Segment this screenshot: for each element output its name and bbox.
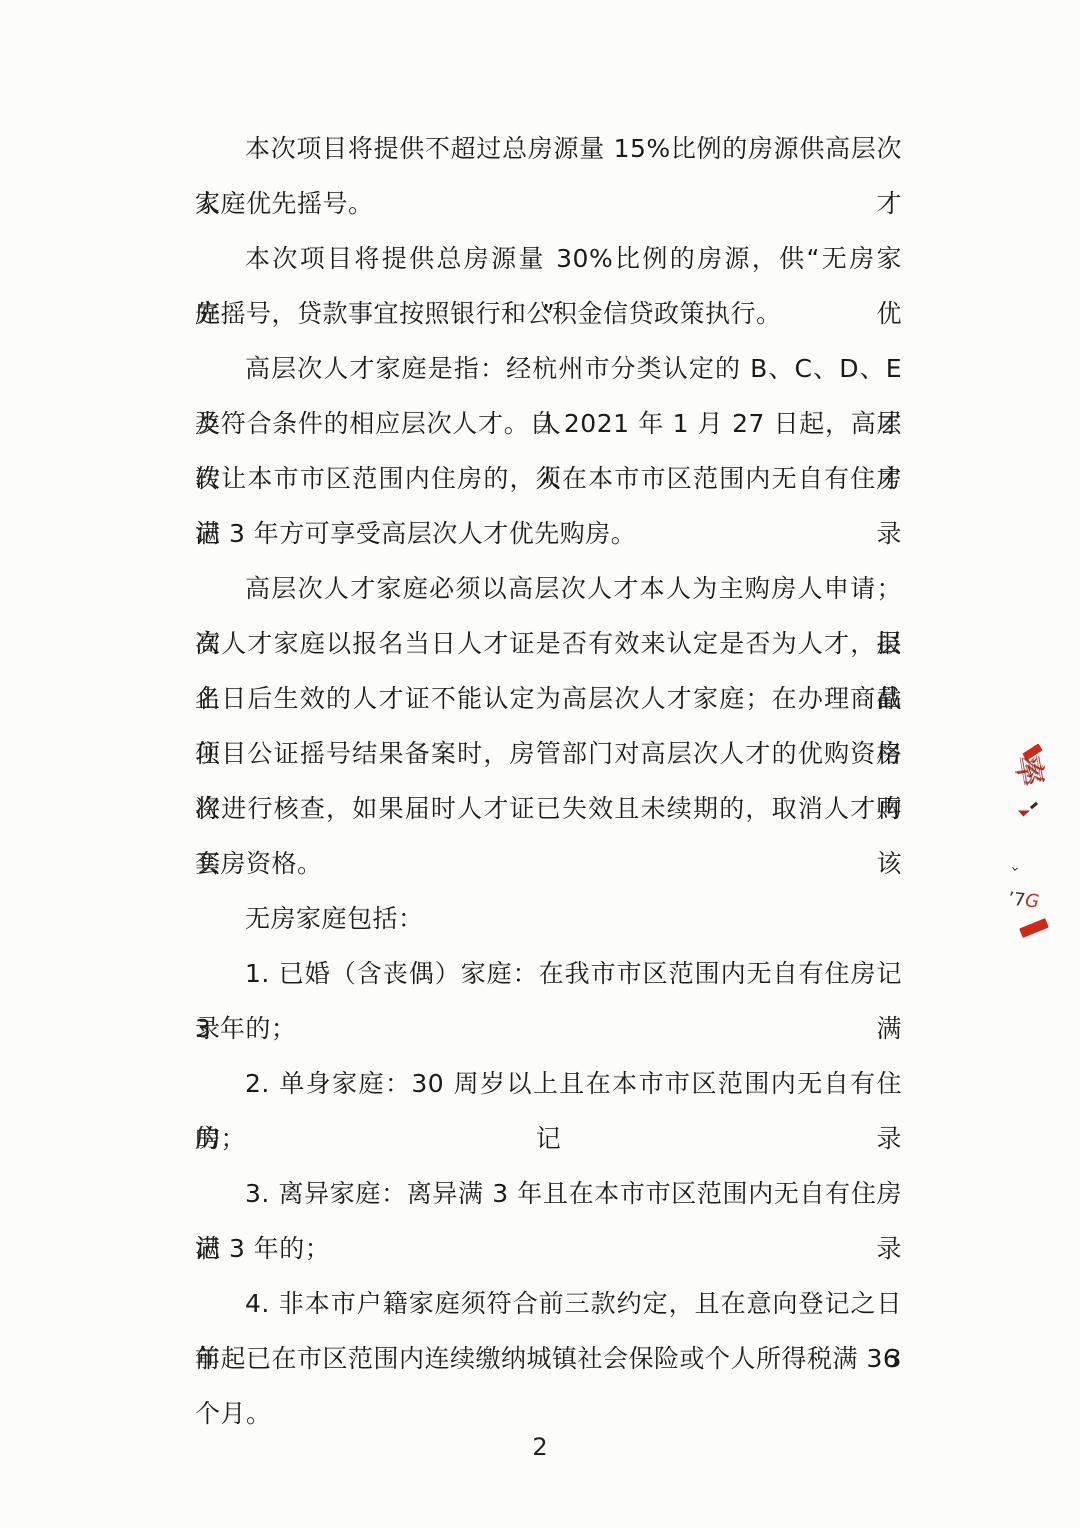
- stamp-mark-red: G: [1024, 890, 1040, 912]
- scanned-document-page: 本次项目将提供不超过总房源量 15%比例的房源供高层次人才 家庭优先摇号。 本次…: [0, 0, 1080, 1528]
- text-line: 1. 已婚（含丧偶）家庭：在我市市区范围内无自有住房记录满: [195, 946, 902, 1001]
- text-line: 本次项目将提供总房源量 30%比例的房源，供“无房家庭”优: [195, 231, 902, 286]
- red-seal-fragment: 率 › ’7G: [1000, 740, 1080, 950]
- stamp-bar-icon: [1019, 918, 1049, 938]
- text-line: 项目公证摇号结果备案时，房管部门对高层次人才的优购资格将再: [195, 726, 902, 781]
- text-line: 高层次人才家庭必须以高层次人才本人为主购房人申请；高层: [195, 561, 902, 616]
- text-line: 3. 离异家庭：离异满 3 年且在本市市区范围内无自有住房记录: [195, 1166, 902, 1221]
- text-line: 无房家庭包括：: [195, 891, 902, 946]
- stamp-chevron-icon: ›: [1008, 866, 1022, 873]
- text-line: 2. 单身家庭：30 周岁以上且在本市市区范围内无自有住房记录: [195, 1056, 902, 1111]
- page-footer: 2: [0, 1434, 1080, 1460]
- stamp-tick-icon: [1018, 805, 1030, 817]
- text-line: 本次项目将提供不超过总房源量 15%比例的房源供高层次人才: [195, 121, 902, 176]
- page-number: 2: [532, 1433, 547, 1461]
- stamp-mark: ’7G: [1007, 890, 1040, 911]
- text-line: 止日后生效的人才证不能认定为高层次人才家庭；在办理商品住房: [195, 671, 902, 726]
- text-line: 转让本市市区范围内住房的，须在本市市区范围内无自有住房记录: [195, 451, 902, 506]
- text-line: 年起已在市区范围内连续缴纳城镇社会保险或个人所得税满 36 个月。: [195, 1331, 902, 1386]
- text-line: 4. 非本市户籍家庭须符合前三款约定，且在意向登记之日前 3: [195, 1276, 902, 1331]
- text-line: 及符合条件的相应层次人才。自 2021 年 1 月 27 日起，高层次人才: [195, 396, 902, 451]
- text-line: 次进行核查，如果届时人才证已失效且未续期的，取消人才购买该: [195, 781, 902, 836]
- text-line: 高层次人才家庭是指：经杭州市分类认定的 B、C、D、E 类人才: [195, 341, 902, 396]
- document-body: 本次项目将提供不超过总房源量 15%比例的房源供高层次人才 家庭优先摇号。 本次…: [195, 121, 902, 1386]
- stamp-character: 率: [1011, 753, 1049, 802]
- stamp-tick-dark-icon: [1030, 802, 1038, 809]
- text-line: 次人才家庭以报名当日人才证是否有效来认定是否为人才，报名截: [195, 616, 902, 671]
